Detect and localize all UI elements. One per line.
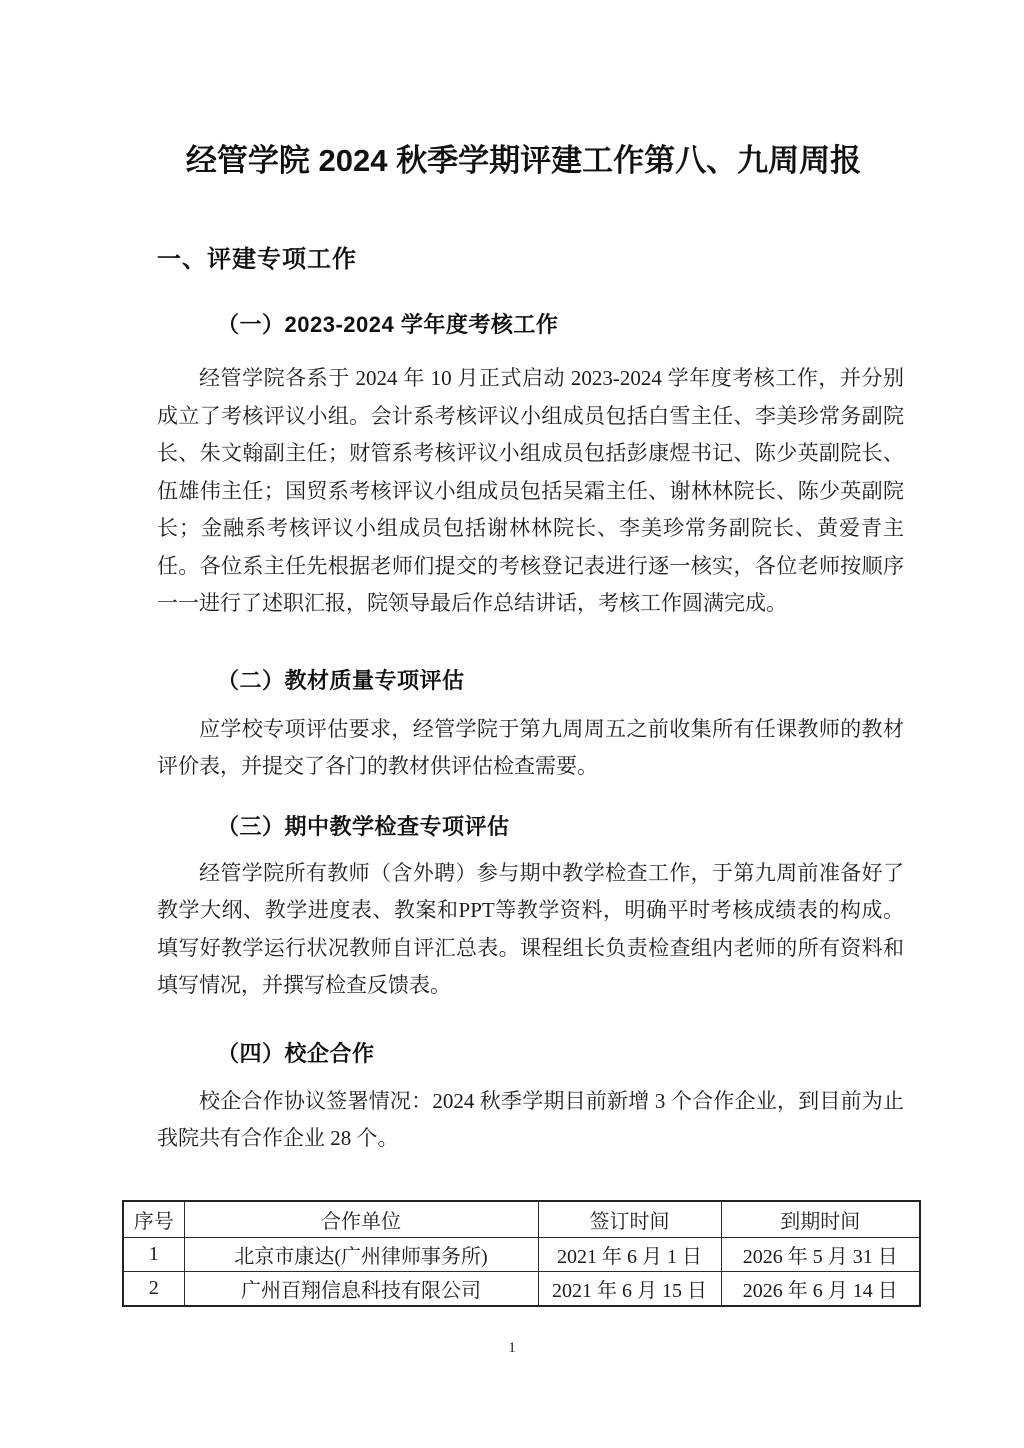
- subsection-heading-3: （三）期中教学检查专项评估: [217, 812, 904, 841]
- table-row: 2 广州百翔信息科技有限公司 2021 年 6 月 15 日 2026 年 6 …: [123, 1272, 920, 1306]
- paragraph-school-enterprise: 校企合作协议签署情况：2024 秋季学期目前新增 3 个合作企业，到目前为止我院…: [157, 1083, 904, 1158]
- cooperation-enterprise-table: 序号 合作单位 签订时间 到期时间 1 北京市康达(广州律师事务所) 2021 …: [122, 1200, 921, 1307]
- table-header-index: 序号: [123, 1201, 184, 1238]
- subsection-heading-2: （二）教材质量专项评估: [217, 666, 904, 695]
- section-heading-main: 一、评建专项工作: [157, 245, 904, 275]
- paragraph-textbook-evaluation: 应学校专项评估要求，经管学院于第九周周五之前收集所有任课教师的教材评价表，并提交…: [157, 711, 904, 786]
- table-cell-sign-date: 2021 年 6 月 15 日: [538, 1272, 721, 1306]
- page-number: 1: [0, 1338, 1024, 1358]
- table-cell-expiry-date: 2026 年 6 月 14 日: [721, 1272, 920, 1306]
- table-header-partner: 合作单位: [184, 1201, 538, 1238]
- table-cell-sign-date: 2021 年 6 月 1 日: [538, 1238, 721, 1272]
- table-cell-expiry-date: 2026 年 5 月 31 日: [721, 1238, 920, 1272]
- table-cell-index: 1: [123, 1238, 184, 1272]
- table-header-sign-date: 签订时间: [538, 1201, 721, 1238]
- table-cell-partner: 北京市康达(广州律师事务所): [184, 1238, 538, 1272]
- table-row: 1 北京市康达(广州律师事务所) 2021 年 6 月 1 日 2026 年 5…: [123, 1238, 920, 1272]
- subsection-heading-1: （一）2023-2024 学年度考核工作: [217, 310, 904, 339]
- subsection-heading-4: （四）校企合作: [217, 1039, 904, 1068]
- document-page: 经管学院 2024 秋季学期评建工作第八、九周周报 一、评建专项工作 （一）20…: [0, 0, 1024, 1448]
- paragraph-midterm-inspection: 经管学院所有教师（含外聘）参与期中教学检查工作，于第九周前准备好了教学大纲、教学…: [157, 855, 904, 1005]
- table-header-row: 序号 合作单位 签订时间 到期时间: [123, 1201, 920, 1238]
- document-title: 经管学院 2024 秋季学期评建工作第八、九周周报: [143, 141, 904, 181]
- table-cell-index: 2: [123, 1272, 184, 1306]
- table-header-expiry-date: 到期时间: [721, 1201, 920, 1238]
- paragraph-assessment-work: 经管学院各系于 2024 年 10 月正式启动 2023-2024 学年度考核工…: [157, 360, 904, 623]
- table-cell-partner: 广州百翔信息科技有限公司: [184, 1272, 538, 1306]
